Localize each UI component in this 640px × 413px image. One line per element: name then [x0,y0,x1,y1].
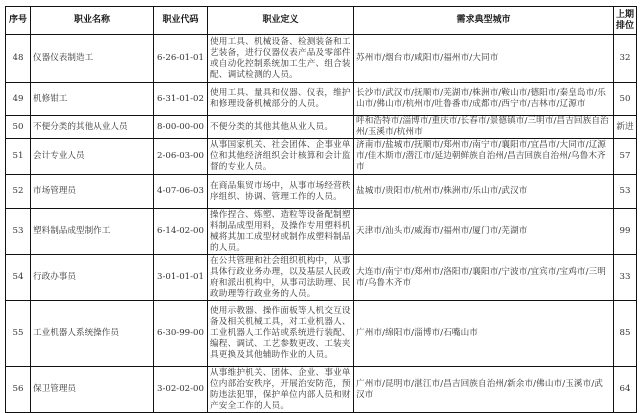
row-cities: 广州市/绵阳市/淄博市/石嘴山市 [354,301,614,367]
row-definition: 使用工具、量具和仪器、仪表，维护和修理设备机械部分的人员。 [208,83,354,116]
row-prev-rank: 99 [614,209,637,255]
header-code: 职业代码 [154,7,208,35]
row-definition: 从事国家机关、社会团体、企事业单位和其他经济组织会计核算和会计监督的专业人员。 [208,139,354,175]
row-name: 行政办事员 [31,255,154,301]
row-no: 50 [6,116,31,139]
row-definition: 使用示教器、操作面板等人机交互设备及相关机械工具，对工业机器人、工业机器人工作站… [208,301,354,367]
table-row: 49 机修钳工 6-31-01-02 使用工具、量具和仪器、仪表，维护和修理设备… [6,83,637,116]
row-cities: 盐城市/贵阳市/杭州市/株洲市/乐山市/武汉市 [354,175,614,209]
row-name: 不便分类的其他从业人员 [31,116,154,139]
row-code: 3-01-01-01 [154,255,208,301]
header-definition: 职业定义 [208,7,354,35]
row-definition: 在商品集贸市场中，从事市场经营秩序组织、协调、管理工作的人员。 [208,175,354,209]
row-no: 51 [6,139,31,175]
row-no: 52 [6,175,31,209]
row-prev-rank: 新进 [614,116,637,139]
row-name: 工业机器人系统操作员 [31,301,154,367]
row-name: 机修钳工 [31,83,154,116]
row-cities: 呼和浩特市/淄博市/重庆市/长春市/景德镇市/三明市/昌吉回族自治州/玉溪市/杭… [354,116,614,139]
row-cities: 济南市/盐城市/抚顺市/郑州市/南宁市/襄阳市/宜昌市/大同市/辽源市/佳木斯市… [354,139,614,175]
row-name: 保卫管理员 [31,367,154,413]
header-row: 序号 职业名称 职业代码 职业定义 需求典型城市 上期排位 [6,7,637,35]
row-definition: 不便分类的其他其他从业人员。 [208,116,354,139]
row-cities: 天津市/汕头市/威海市/福州市/厦门市/芜湖市 [354,209,614,255]
occupation-table: 序号 职业名称 职业代码 职业定义 需求典型城市 上期排位 48 仪器仪表制造工… [5,6,637,413]
row-code: 3-02-02-00 [154,367,208,413]
row-code: 2-06-03-00 [154,139,208,175]
row-code: 4-07-06-03 [154,175,208,209]
row-no: 49 [6,83,31,116]
table-row: 51 会计专业人员 2-06-03-00 从事国家机关、社会团体、企事业单位和其… [6,139,637,175]
row-code: 8-00-00-00 [154,116,208,139]
row-no: 48 [6,35,31,83]
row-no: 53 [6,209,31,255]
row-name: 市场管理员 [31,175,154,209]
row-prev-rank: 33 [614,255,637,301]
row-no: 55 [6,301,31,367]
row-cities: 苏州市/烟台市/咸阳市/福州市/大同市 [354,35,614,83]
row-no: 54 [6,255,31,301]
row-prev-rank: 53 [614,175,637,209]
table-row: 53 塑料制品成型制作工 6-14-02-00 操作捏合、炼塑、造粒等设备配制塑… [6,209,637,255]
header-no: 序号 [6,7,31,35]
row-prev-rank: 57 [614,139,637,175]
row-no: 56 [6,367,31,413]
row-definition: 从事维护机关、团体、企业、事业单位内部治安秩序，开展治安防范，预防违法犯罪，保护… [208,367,354,413]
table-row: 55 工业机器人系统操作员 6-30-99-00 使用示教器、操作面板等人机交互… [6,301,637,367]
header-cities: 需求典型城市 [354,7,614,35]
row-prev-rank: 50 [614,83,637,116]
row-code: 6-31-01-02 [154,83,208,116]
table-row: 52 市场管理员 4-07-06-03 在商品集贸市场中，从事市场经营秩序组织、… [6,175,637,209]
row-cities: 广州市/昆明市/湛江市/昌吉回族自治州/新余市/佛山市/玉溪市/武汉市 [354,367,614,413]
table-row: 50 不便分类的其他从业人员 8-00-00-00 不便分类的其他其他从业人员。… [6,116,637,139]
row-prev-rank: 64 [614,367,637,413]
row-definition: 使用工具、机械设备、检测装备和工艺装备，进行仪器仪表产品及零部件或自动化控制系统… [208,35,354,83]
row-cities: 长沙市/武汉市/抚顺市/芜湖市/株洲市/鞍山市/德阳市/秦皇岛市/乐山市/佛山市… [354,83,614,116]
table-row: 56 保卫管理员 3-02-02-00 从事维护机关、团体、企业、事业单位内部治… [6,367,637,413]
table-row: 54 行政办事员 3-01-01-01 在公共管理和社会组织机构中，从事具体行政… [6,255,637,301]
row-name: 会计专业人员 [31,139,154,175]
header-prev-rank: 上期排位 [614,7,637,35]
row-name: 塑料制品成型制作工 [31,209,154,255]
row-definition: 操作捏合、炼塑、造粒等设备配制塑料制品成型用料，及操作专用塑料机械将其加工成型材… [208,209,354,255]
row-code: 6-30-99-00 [154,301,208,367]
table-row: 48 仪器仪表制造工 6-26-01-01 使用工具、机械设备、检测装备和工艺装… [6,35,637,83]
row-cities: 大连市/南宁市/郑州市/洛阳市/襄阳市/宁波市/宜宾市/宝鸡市/三明市/乌鲁木齐… [354,255,614,301]
row-definition: 在公共管理和社会组织机构中，从事具体行政业务办理，以及基层人民政府和派出机构中，… [208,255,354,301]
row-code: 6-26-01-01 [154,35,208,83]
header-name: 职业名称 [31,7,154,35]
row-prev-rank: 32 [614,35,637,83]
row-name: 仪器仪表制造工 [31,35,154,83]
row-prev-rank: 85 [614,301,637,367]
row-code: 6-14-02-00 [154,209,208,255]
